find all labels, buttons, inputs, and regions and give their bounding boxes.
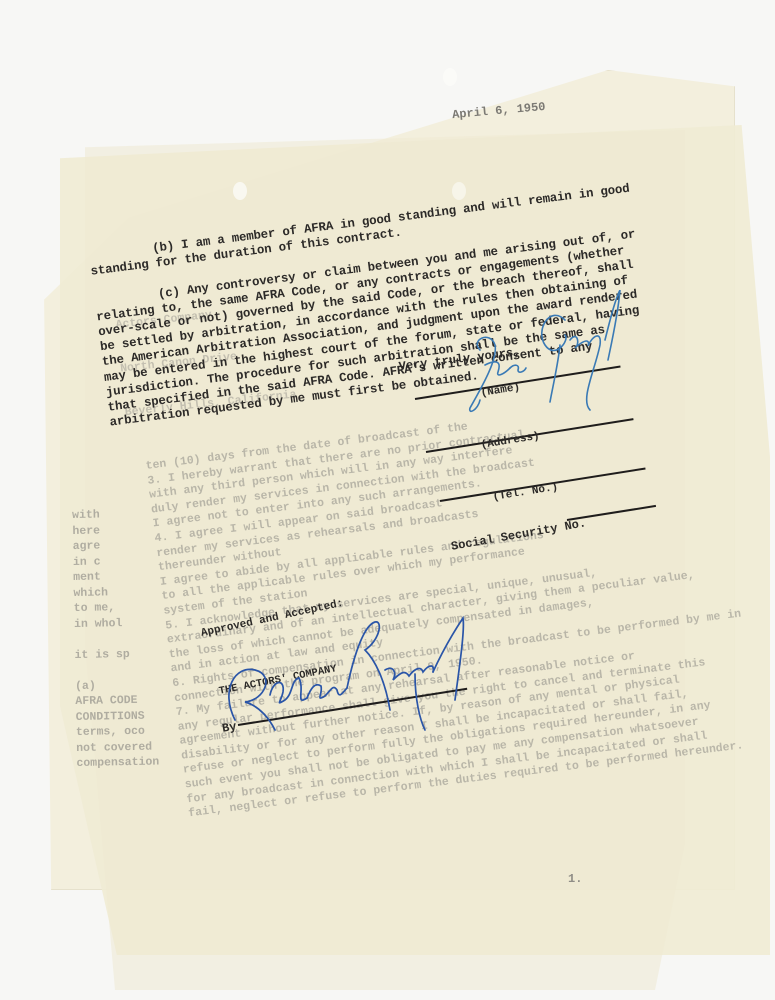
punch-hole [443,68,457,86]
underlying-margin-line [75,662,158,679]
page-number: 1. [568,872,582,886]
underlying-margin-line: (a) [75,677,158,694]
underlying-margin-line [74,631,157,648]
underlying-margin-line: to me, [74,600,157,617]
underlying-page-text: ten (10) days from the date of broadcast… [145,390,758,822]
underlying-margin-line: with [72,507,155,524]
underlying-margin-line: compensation [76,755,159,772]
punch-hole [452,182,466,200]
underlying-margin-line: ment [73,569,156,586]
underlying-margin-line: terms, oco [76,724,159,741]
underlying-margin-line: AFRA CODE [75,693,158,710]
underlying-margin-line: here [72,522,155,539]
underlying-margin-line: it is sp [74,646,157,663]
punch-hole [233,182,247,200]
underlying-margin-line: in whol [74,615,157,632]
signature-name-ink [440,290,630,425]
underlying-margin-line: agre [73,538,156,555]
underlying-margin-text: withhereagrein cmentwhichto me,in whol i… [72,507,159,772]
underlying-margin-line: not covered [76,739,159,756]
underlying-margin-line: CONDITIONS [76,708,159,725]
signature-approval-ink [215,610,490,750]
underlying-margin-line: in c [73,553,156,570]
underlying-margin-line: which [73,584,156,601]
